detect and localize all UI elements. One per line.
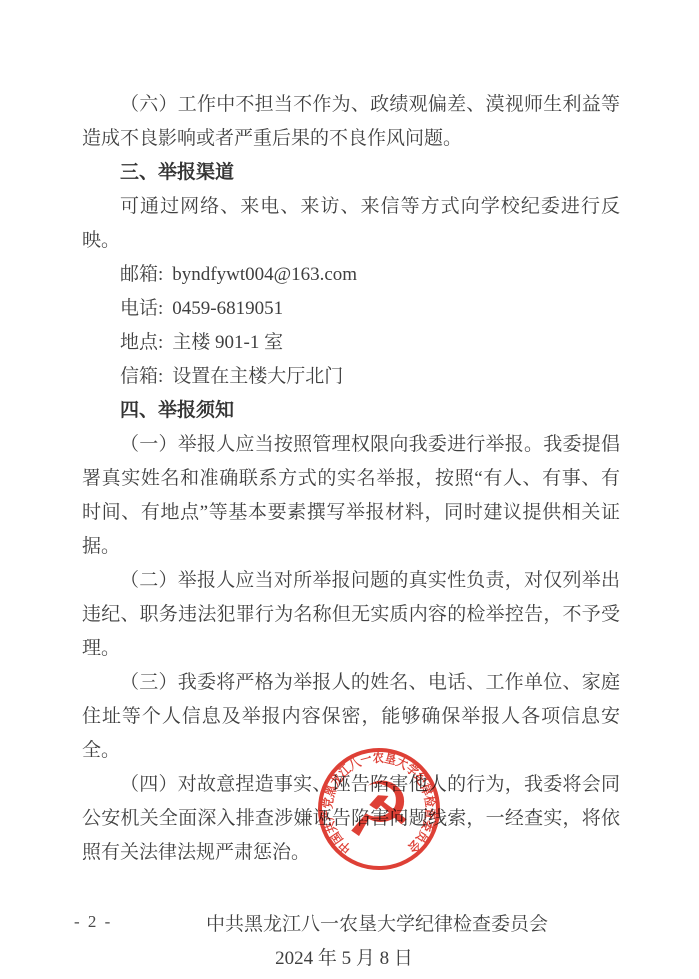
contact-location-value: 主楼 901-1 室 [172, 332, 283, 353]
signature-block: 中共黑龙江八一农垦大学纪律检查委员会 2024 年 5 月 8 日 [82, 908, 620, 976]
contact-email-value: byndfywt004@163.com [172, 264, 357, 285]
contact-mailbox-label: 信箱: [120, 366, 163, 387]
contact-row-email: 邮箱:byndfywt004@163.com [82, 258, 620, 292]
note-item-two: （二）举报人应当对所举报问题的真实性负责，对仅列举出违纪、职务违法犯罪行为名称但… [82, 564, 620, 666]
signature-date: 2024 年 5 月 8 日 [75, 942, 613, 976]
hammer-sickle-icon: ☭ [345, 765, 413, 854]
contact-row-phone: 电话:0459-6819051 [82, 292, 620, 326]
contact-row-mailbox: 信箱:设置在主楼大厅北门 [82, 360, 620, 394]
section-heading-report-channels: 三、举报渠道 [82, 156, 620, 190]
paragraph-item-six: （六）工作中不担当不作为、政绩观偏差、漠视师生利益等造成不良影响或者严重后果的不… [82, 88, 620, 156]
signature-committee-name: 中共黑龙江八一农垦大学纪律检查委员会 [108, 908, 646, 942]
note-item-one: （一）举报人应当按照管理权限向我委进行举报。我委提倡署真实姓名和准确联系方式的实… [82, 428, 620, 564]
contact-phone-value: 0459-6819051 [172, 298, 283, 319]
page-number: - 2 - [74, 912, 112, 932]
contact-email-label: 邮箱: [120, 264, 163, 285]
contact-mailbox-value: 设置在主楼大厅北门 [172, 366, 343, 387]
contact-location-label: 地点: [120, 332, 163, 353]
official-seal: 中国共产党黑龙江八一农垦大学纪律检查委员会 ☭ [314, 744, 444, 874]
paragraph-channels-intro: 可通过网络、来电、来访、来信等方式向学校纪委进行反映。 [82, 190, 620, 258]
section-heading-report-notes: 四、举报须知 [82, 394, 620, 428]
document-page: （六）工作中不担当不作为、政绩观偏差、漠视师生利益等造成不良影响或者严重后果的不… [0, 0, 699, 979]
contact-row-location: 地点:主楼 901-1 室 [82, 326, 620, 360]
contact-phone-label: 电话: [120, 298, 163, 319]
